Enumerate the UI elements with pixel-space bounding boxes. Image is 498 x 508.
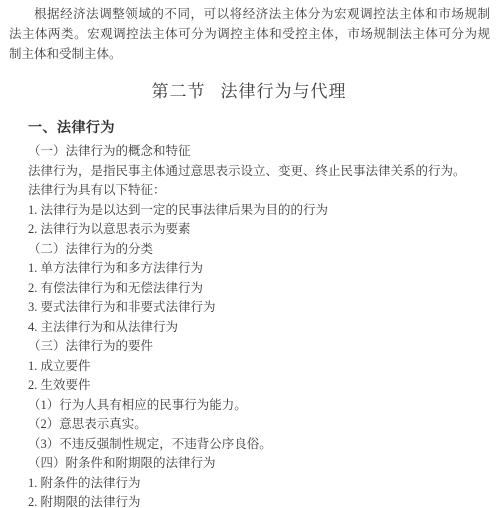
outline-line: 2. 法律行为以意思表示为要素 xyxy=(28,220,492,240)
section-title: 第二节 法律行为与代理 xyxy=(0,77,498,102)
intro-paragraph-line: 根据经济法调整领域的不同，可以将经济法主体分为宏观调控法主体和市场规制 xyxy=(9,4,490,24)
outline-line: 2. 附期限的法律行为 xyxy=(28,493,492,508)
outline-line: 3. 要式法律行为和非要式法律行为 xyxy=(28,298,492,318)
outline-line: 4. 主法律行为和从法律行为 xyxy=(28,318,492,338)
section-outline: （一）法律行为的概念和特征 法律行为，是指民事主体通过意思表示设立、变更、终止民… xyxy=(28,142,492,508)
outline-line: 1. 单方法律行为和多方法律行为 xyxy=(28,259,492,279)
outline-line: 法律行为具有以下特征： xyxy=(28,181,492,201)
outline-line: （一）法律行为的概念和特征 xyxy=(28,142,492,162)
section-name: 法律行为与代理 xyxy=(221,77,347,102)
outline-line: 1. 成立要件 xyxy=(28,357,492,377)
section-number: 第二节 xyxy=(152,77,206,102)
outline-line: 1. 附条件的法律行为 xyxy=(28,474,492,494)
intro-paragraph: 根据经济法调整领域的不同，可以将经济法主体分为宏观调控法主体和市场规制 法主体两… xyxy=(9,4,490,64)
outline-line: （二）法律行为的分类 xyxy=(28,240,492,260)
outline-line: 1. 法律行为是以达到一定的民事法律后果为目的的行为 xyxy=(28,201,492,221)
outline-line: （四）附条件和附期限的法律行为 xyxy=(28,454,492,474)
outline-line: （3）不违反强制性规定，不违背公序良俗。 xyxy=(28,435,492,455)
intro-paragraph-line: 法主体两类。宏观调控法主体可分为调控主体和受控主体，市场规制法主体可分为规 xyxy=(9,24,490,44)
outline-line: （1）行为人具有相应的民事行为能力。 xyxy=(28,396,492,416)
outline-line: （2）意思表示真实。 xyxy=(28,415,492,435)
outline-line: 2. 有偿法律行为和无偿法律行为 xyxy=(28,279,492,299)
intro-paragraph-line: 制主体和受制主体。 xyxy=(9,44,490,64)
heading-legal-acts: 一、法律行为 xyxy=(28,117,115,137)
outline-line: （三）法律行为的要件 xyxy=(28,337,492,357)
outline-line: 2. 生效要件 xyxy=(28,376,492,396)
outline-line: 法律行为，是指民事主体通过意思表示设立、变更、终止民事法律关系的行为。 xyxy=(28,162,492,182)
document-page: 根据经济法调整领域的不同，可以将经济法主体分为宏观调控法主体和市场规制 法主体两… xyxy=(0,0,498,508)
